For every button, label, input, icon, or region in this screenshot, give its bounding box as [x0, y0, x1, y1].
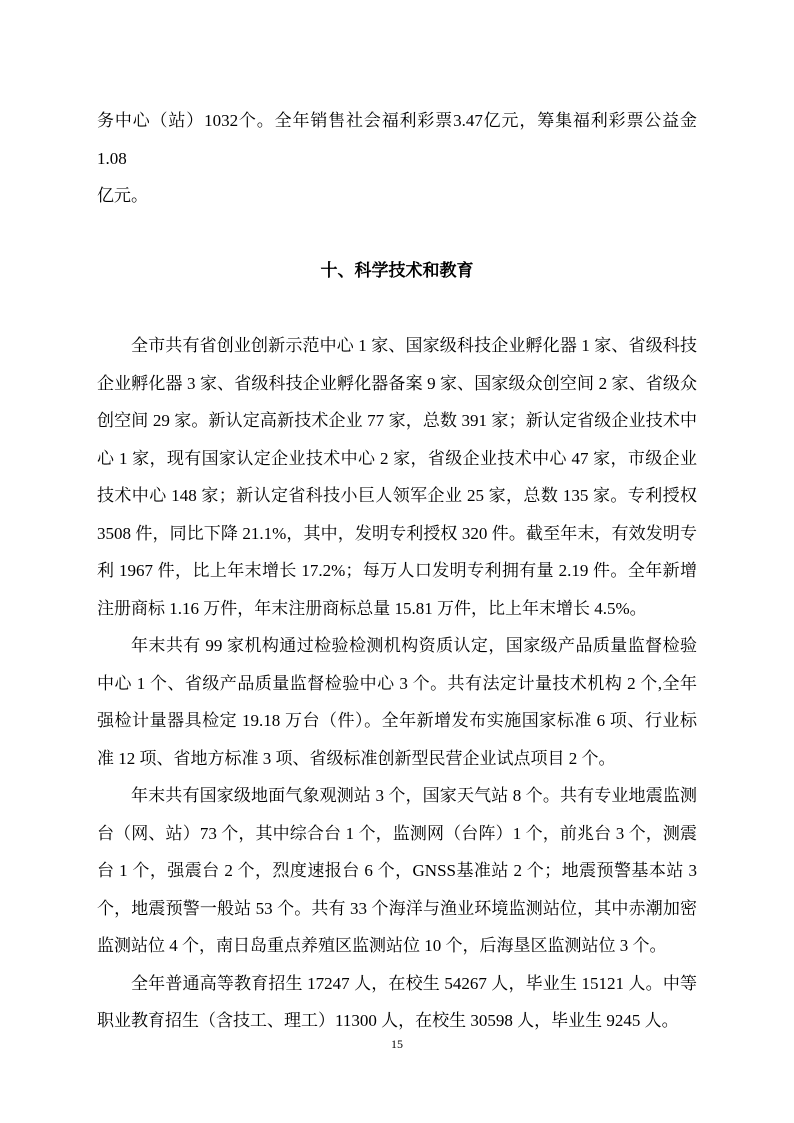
text-line: 全市共有省创业创新示范中心 1 家、国家级科技企业孵化器 1 家、省级科技 — [97, 327, 697, 365]
text-line: 个，地震预警一般站 53 个。共有 33 个海洋与渔业环境监测站位，其中赤潮加密 — [97, 890, 697, 928]
text-line: 台（网、站）73 个，其中综合台 1 个，监测网（台阵）1 个，前兆台 3 个，… — [97, 815, 697, 853]
text-line: 务中心（站）1032个。全年销售社会福利彩票3.47亿元，筹集福利彩票公益金1.… — [97, 102, 697, 177]
document-content: 务中心（站）1032个。全年销售社会福利彩票3.47亿元，筹集福利彩票公益金1.… — [97, 102, 697, 1040]
text-line: 年末共有 99 家机构通过检验检测机构资质认定，国家级产品质量监督检验 — [97, 627, 697, 665]
text-line: 中心 1 个、省级产品质量监督检验中心 3 个。共有法定计量技术机构 2 个,全… — [97, 665, 697, 703]
text-line: 全年普通高等教育招生 17247 人，在校生 54267 人，毕业生 15121… — [97, 965, 697, 1003]
section-heading: 十、科学技术和教育 — [97, 252, 697, 290]
text-line: 监测站位 4 个，南日岛重点养殖区监测站位 10 个，后海垦区监测站位 3 个。 — [97, 927, 697, 965]
text-line: 利 1967 件，比上年末增长 17.2%；每万人口发明专利拥有量 2.19 件… — [97, 552, 697, 590]
text-line: 技术中心 148 家；新认定省科技小巨人领军企业 25 家，总数 135 家。专… — [97, 477, 697, 515]
text-line: 台 1 个，强震台 2 个，烈度速报台 6 个，GNSS基准站 2 个；地震预警… — [97, 852, 697, 890]
page-number: 15 — [0, 1036, 794, 1052]
document-page: 务中心（站）1032个。全年销售社会福利彩票3.47亿元，筹集福利彩票公益金1.… — [0, 0, 794, 1123]
text-line: 年末共有国家级地面气象观测站 3 个，国家天气站 8 个。共有专业地震监测 — [97, 777, 697, 815]
text-line: 创空间 29 家。新认定高新技术企业 77 家，总数 391 家；新认定省级企业… — [97, 402, 697, 440]
text-line: 亿元。 — [97, 177, 697, 215]
text-line: 企业孵化器 3 家、省级科技企业孵化器备案 9 家、国家级众创空间 2 家、省级… — [97, 365, 697, 403]
text-line: 心 1 家，现有国家认定企业技术中心 2 家，省级企业技术中心 47 家，市级企… — [97, 440, 697, 478]
text-line: 强检计量器具检定 19.18 万台（件）。全年新增发布实施国家标准 6 项、行业… — [97, 702, 697, 740]
text-line: 3508 件，同比下降 21.1%，其中，发明专利授权 320 件。截至年末，有… — [97, 515, 697, 553]
text-line: 准 12 项、省地方标准 3 项、省级标准创新型民营企业试点项目 2 个。 — [97, 740, 697, 778]
text-line: 注册商标 1.16 万件，年末注册商标总量 15.81 万件，比上年末增长 4.… — [97, 590, 697, 628]
text-line: 职业教育招生（含技工、理工）11300 人，在校生 30598 人，毕业生 92… — [97, 1002, 697, 1040]
